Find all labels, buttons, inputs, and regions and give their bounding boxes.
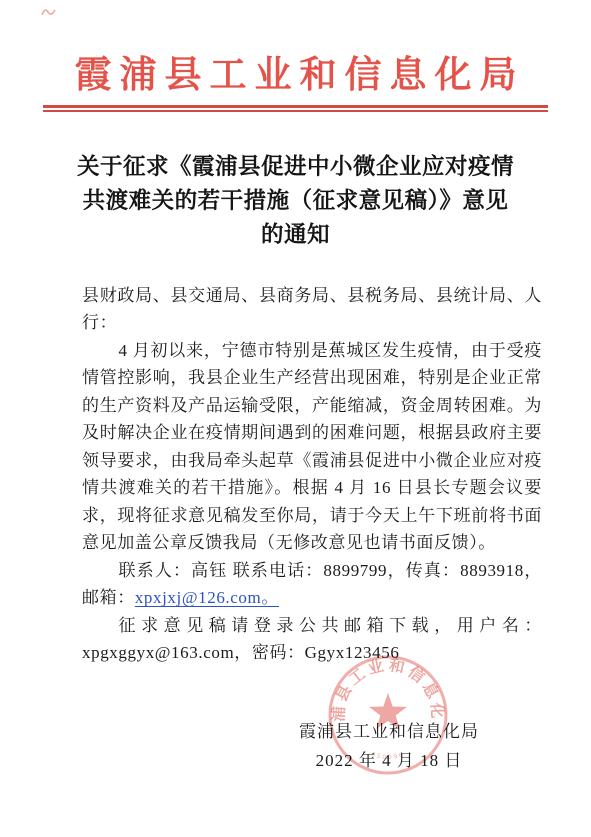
signature-block: 霞浦县工业和信息化局 2022 年 4 月 18 日 [0, 717, 591, 775]
letterhead-divider [43, 105, 548, 112]
email-link[interactable]: xpxjxj@126.com。 [135, 588, 289, 607]
salutation-line: 县财政局、县交通局、县商务局、县税务局、县统计局、人行： [82, 282, 542, 337]
divider-thick-line [43, 105, 548, 108]
document-title-line: 的通知 [0, 218, 591, 252]
document-title-line: 关于征求《霞浦县促进中小微企业应对疫情 [0, 150, 591, 184]
body-paragraph-download: 征求意见稿请登录公共邮箱下载，用户名：xpgxggyx@163.com，密码：G… [82, 612, 542, 667]
letterhead-agency-name: 霞浦县工业和信息化局 [0, 0, 591, 98]
document-page: 霞浦县工业和信息化局 关于征求《霞浦县促进中小微企业应对疫情 共渡难关的若干措施… [0, 0, 591, 837]
document-title-line: 共渡难关的若干措施（征求意见稿）》意见 [0, 184, 591, 218]
scan-artifact-mark [40, 6, 56, 18]
signature-date: 2022 年 4 月 18 日 [299, 746, 479, 775]
document-body: 县财政局、县交通局、县商务局、县税务局、县统计局、人行： 4 月初以来，宁德市特… [82, 282, 542, 667]
signature-agency: 霞浦县工业和信息化局 [299, 717, 479, 746]
contact-line: 联系人：高钰 联系电话：8899799，传真：8893918，邮箱：xpxjxj… [82, 557, 542, 612]
body-paragraph-1: 4 月初以来，宁德市特别是蕉城区发生疫情，由于受疫情管控影响，我县企业生产经营出… [82, 337, 542, 557]
divider-thin-line [43, 110, 548, 112]
document-title: 关于征求《霞浦县促进中小微企业应对疫情 共渡难关的若干措施（征求意见稿）》意见 … [0, 150, 591, 252]
